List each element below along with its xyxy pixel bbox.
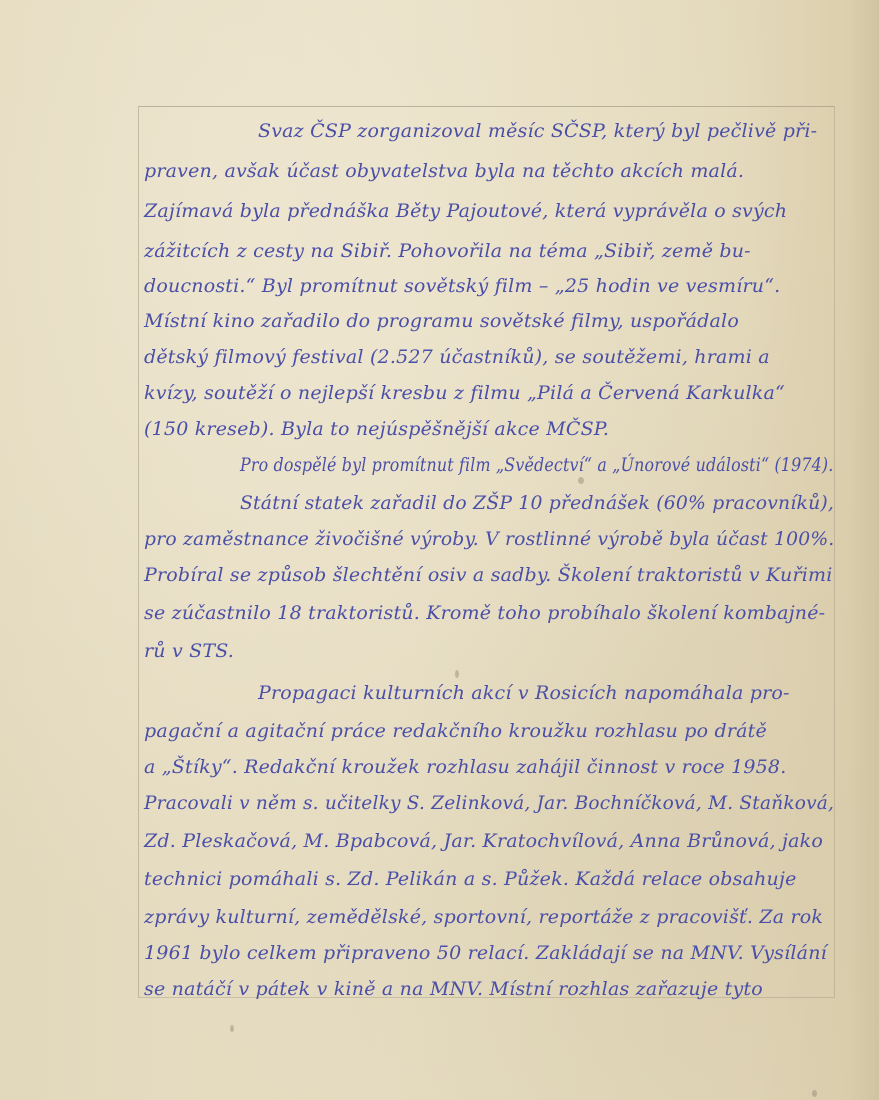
handwritten-line: pro zaměstnance živočišné výroby. V rost…: [144, 524, 834, 554]
handwritten-line: rů v STS.: [144, 636, 834, 666]
handwritten-line: Zd. Pleskačová, M. Bpabcová, Jar. Kratoc…: [144, 826, 834, 856]
handwritten-line: Státní statek zařadil do ZŠP 10 přednáše…: [240, 488, 834, 518]
page-edge-shadow: [849, 0, 879, 1100]
paper-stain: [230, 1025, 234, 1032]
handwritten-line: Pro dospělé byl promítnut film „Svědectv…: [240, 450, 834, 480]
handwritten-line: praven, avšak účast obyvatelstva byla na…: [144, 156, 834, 186]
handwritten-line: zprávy kulturní, zemědělské, sportovní, …: [144, 902, 834, 932]
handwritten-line: Zajímavá byla přednáška Běty Pajoutové, …: [144, 196, 834, 226]
handwritten-line: a „Štíky“. Redakční kroužek rozhlasu zah…: [144, 752, 834, 782]
handwritten-line: Místní kino zařadilo do programu sovětsk…: [144, 306, 834, 336]
paper-stain: [812, 1090, 817, 1097]
handwritten-line: Propagaci kulturních akcí v Rosicích nap…: [258, 678, 834, 708]
document-page: Svaz ČSP zorganizoval měsíc SČSP, který …: [0, 0, 879, 1100]
handwritten-line: se natáčí v pátek v kině a na MNV. Místn…: [144, 974, 834, 1004]
handwritten-line: Pracovali v něm s. učitelky S. Zelinková…: [144, 788, 834, 818]
handwritten-line: se zúčastnilo 18 traktoristů. Kromě toho…: [144, 598, 834, 628]
handwritten-line: doucnosti.“ Byl promítnut sovětský film …: [144, 271, 834, 301]
handwritten-line: 1961 bylo celkem připraveno 50 relací. Z…: [144, 938, 834, 968]
handwritten-line: (150 kreseb). Byla to nejúspěšnější akce…: [144, 414, 834, 444]
handwritten-line: dětský filmový festival (2.527 účastníků…: [144, 342, 834, 372]
handwritten-line: kvízy, soutěží o nejlepší kresbu z filmu…: [144, 378, 834, 408]
handwritten-line: technici pomáhali s. Zd. Pelikán a s. Pů…: [144, 864, 834, 894]
handwritten-line: pagační a agitační práce redakčního krou…: [144, 716, 834, 746]
handwritten-line: Svaz ČSP zorganizoval měsíc SČSP, který …: [258, 116, 834, 146]
handwritten-line: zážitcích z cesty na Sibiř. Pohovořila n…: [144, 236, 834, 266]
paper-stain: [455, 670, 459, 678]
handwritten-line: Probíral se způsob šlechtění osiv a sadb…: [144, 560, 834, 590]
